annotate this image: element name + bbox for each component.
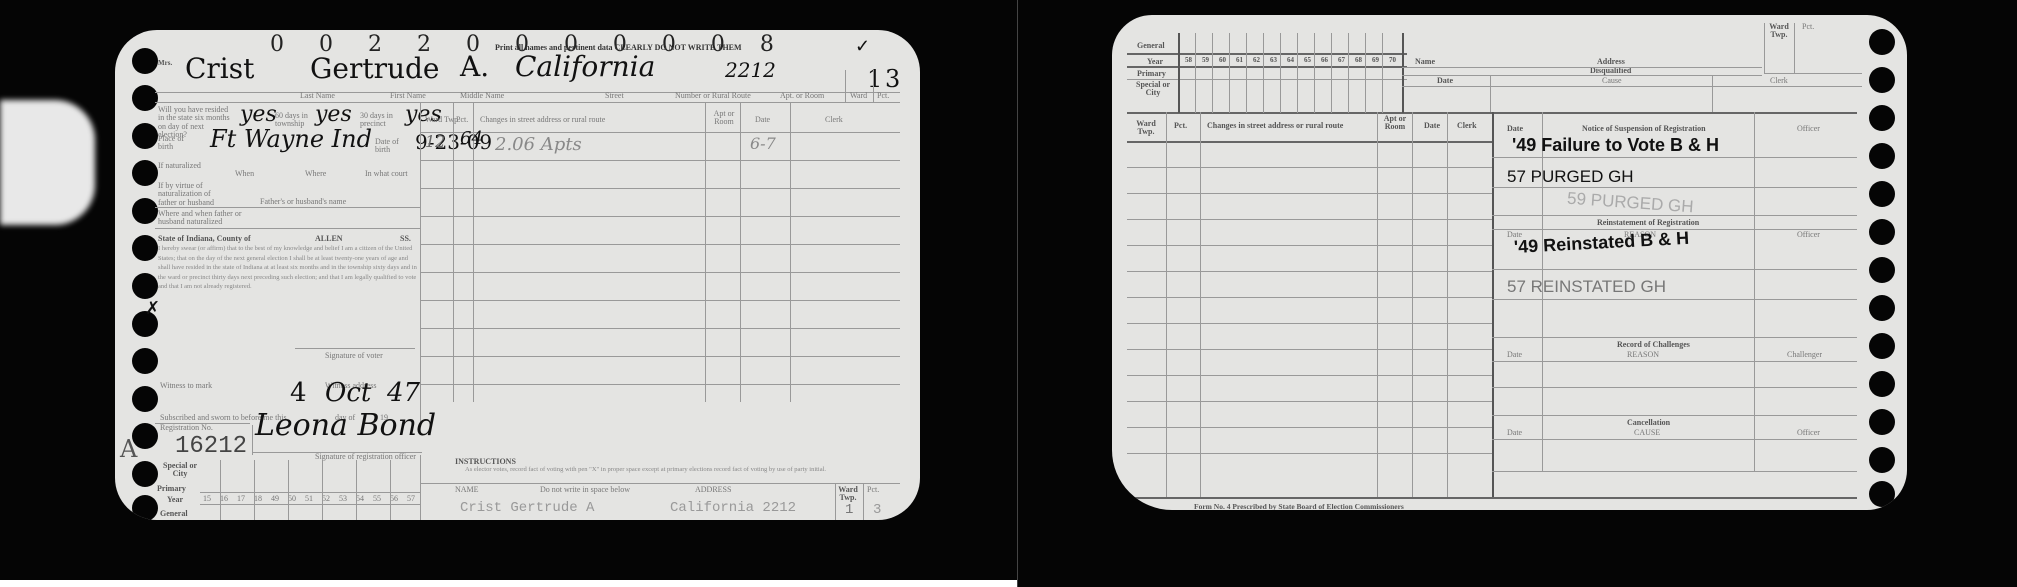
punch-hole — [132, 160, 158, 186]
series-letter: A — [120, 435, 137, 463]
clerk-col-label: Clerk — [1457, 122, 1477, 130]
year-cell: 52 — [322, 495, 339, 503]
cancellation-officer-label: Officer — [1797, 429, 1820, 437]
father-husband-label: If by virtue of naturalization of father… — [158, 182, 228, 207]
rule — [790, 102, 791, 402]
verified-check-mark: ✓ — [855, 36, 870, 57]
rule — [420, 132, 900, 133]
rule — [200, 492, 420, 493]
naturalized-label: If naturalized — [158, 162, 201, 170]
address-col-label: ADDRESS — [695, 486, 731, 494]
year-cell: 56 — [390, 495, 407, 503]
pct-label: Pct. — [877, 92, 889, 100]
disq-date-label: Date — [1437, 77, 1453, 85]
rule — [1492, 215, 1857, 216]
punch-hole — [1869, 409, 1895, 435]
rule — [1127, 375, 1492, 376]
general-label: General — [160, 510, 188, 518]
typed-ward: 1 — [845, 502, 853, 518]
voter-mark: ✗ — [145, 298, 160, 319]
rule — [420, 216, 900, 217]
change-address-value: 2.06 Apts — [495, 134, 582, 155]
rule — [1377, 112, 1378, 497]
place-of-birth-label: Place of birth — [158, 135, 193, 152]
challenges-date-label: Date — [1507, 351, 1522, 359]
date-col-label: Date — [1424, 122, 1440, 130]
name-col-label: NAME — [455, 486, 479, 494]
apt-room-label: Apt. or Room — [780, 92, 824, 100]
last-name-value: Crist — [185, 52, 254, 85]
pct-change-value: 64 — [460, 128, 483, 149]
rule — [863, 483, 864, 520]
rule — [1492, 269, 1857, 270]
rule — [1492, 361, 1857, 362]
year-cell: 15 — [203, 495, 220, 503]
rule — [420, 272, 900, 273]
punch-hole — [132, 85, 158, 111]
sworn-day-value: 4 — [290, 378, 307, 408]
rule — [1402, 75, 1762, 76]
when-label: When — [235, 170, 254, 178]
punch-hole — [132, 348, 158, 374]
cancellation-cause-label: CAUSE — [1634, 429, 1660, 437]
reinstatement-entry-1: '49 Reinstated B & H — [1513, 228, 1689, 258]
rule — [288, 460, 289, 520]
cancellation-title: Cancellation — [1627, 419, 1670, 427]
special-city-label: Special or City — [160, 462, 200, 479]
rule — [1492, 187, 1857, 188]
rule — [356, 460, 357, 520]
rule — [252, 425, 253, 455]
year-cell: 49 — [271, 495, 288, 503]
do-not-write-label: Do not write in space below — [540, 486, 630, 494]
rule — [155, 207, 420, 208]
typed-name: Crist Gertrude A — [460, 500, 594, 516]
punch-hole — [132, 123, 158, 149]
ward-twp-label: Ward Twp. — [425, 116, 460, 124]
rule — [1127, 193, 1492, 194]
days-township-value: yes — [315, 102, 352, 127]
disq-clerk-label: Clerk — [1770, 77, 1788, 85]
rule — [1127, 167, 1492, 168]
disq-ward-twp-label: Ward Twp. — [1768, 23, 1790, 40]
punch-hole — [1869, 143, 1895, 169]
rule — [220, 460, 221, 520]
year-cell: 51 — [305, 495, 322, 503]
rule — [1127, 401, 1492, 402]
rule — [1212, 33, 1213, 113]
year-cell: 57 — [407, 495, 424, 503]
ward-label: Ward — [850, 92, 867, 100]
rule — [1229, 33, 1230, 113]
sworn-month-value: Oct — [325, 378, 371, 408]
clerk-col-label: Clerk — [825, 116, 843, 124]
year-cell: 54 — [356, 495, 373, 503]
ss-label: SS. — [400, 235, 411, 243]
father-husband-name-label: Father's or husband's name — [260, 198, 346, 206]
rule — [845, 70, 846, 102]
rule — [295, 348, 415, 349]
rule — [1331, 33, 1332, 113]
apt-room-col-label: Apt or Room — [1380, 115, 1410, 132]
rule — [1492, 471, 1857, 472]
year-cell: 50 — [288, 495, 305, 503]
state-county-label: State of Indiana, County of — [158, 235, 251, 243]
rule — [1492, 415, 1857, 416]
year-cell: 17 — [237, 495, 254, 503]
rule — [1127, 323, 1492, 324]
county-value: ALLEN — [315, 235, 343, 243]
registration-card-back: General Year Primary Special or City 58 … — [1112, 15, 1907, 510]
punch-hole — [1869, 295, 1895, 321]
registration-card-front: 0 0 2 2 0 0 0 0 0 0 8 Print all names an… — [115, 30, 920, 520]
rule — [1492, 439, 1857, 440]
rule — [835, 483, 836, 520]
rule — [1127, 297, 1492, 298]
ward-twp-col-label: Ward Twp. — [837, 486, 859, 503]
rule — [1246, 33, 1247, 113]
rule — [1492, 387, 1857, 388]
punch-hole — [1869, 67, 1895, 93]
rule — [1127, 453, 1492, 454]
ward-value: 1 — [867, 65, 882, 93]
cancellation-date-label: Date — [1507, 429, 1522, 437]
title-prefix: Mrs. — [158, 60, 172, 67]
rule — [1348, 33, 1349, 113]
punch-hole — [1869, 257, 1895, 283]
rule — [420, 455, 421, 520]
punch-hole — [132, 48, 158, 74]
rule — [420, 483, 900, 484]
rule — [1365, 33, 1366, 113]
rule — [420, 300, 900, 301]
number-label: Number or Rural Route — [675, 92, 751, 100]
last-name-label: Last Name — [300, 92, 335, 100]
changes-col-label: Changes in street address or rural route — [1207, 122, 1343, 130]
witness-mark-label: Witness to mark — [160, 382, 212, 390]
pct-value: 3 — [885, 65, 900, 93]
where-when-father-label: Where and when father or husband natural… — [158, 210, 258, 227]
rule — [420, 384, 900, 385]
rule — [740, 102, 741, 402]
rule — [254, 460, 255, 520]
primary-label: Primary — [157, 485, 186, 493]
reinstatement-title: Reinstatement of Registration — [1597, 219, 1699, 227]
punch-hole — [1869, 371, 1895, 397]
rule — [1127, 427, 1492, 428]
punch-hole — [1869, 447, 1895, 473]
suspension-date-label: Date — [1507, 125, 1523, 133]
rule — [1412, 112, 1413, 497]
punch-hole — [1869, 219, 1895, 245]
rule — [873, 70, 874, 102]
rule — [420, 102, 421, 422]
reinstatement-officer-label: Officer — [1797, 231, 1820, 239]
rule — [1127, 497, 1857, 499]
place-of-birth-value: Ft Wayne Ind — [210, 125, 372, 153]
registration-number: 16212 — [175, 433, 247, 460]
disq-pct-label: Pct. — [1802, 23, 1814, 31]
punch-hole — [132, 495, 158, 520]
rule — [322, 460, 323, 520]
street-value: California — [515, 50, 655, 83]
rule — [1178, 33, 1180, 113]
disq-cause-label: Cause — [1602, 77, 1622, 85]
year-label: Year — [167, 496, 183, 504]
rule — [200, 504, 420, 505]
rule — [1764, 23, 1765, 73]
typed-address: California 2212 — [670, 500, 796, 516]
year-cell: 16 — [220, 495, 237, 503]
rule — [1764, 73, 1862, 74]
rule — [1402, 67, 1762, 68]
date-of-birth-label: Date of birth — [375, 138, 410, 155]
punch-hole — [1869, 105, 1895, 131]
year-cell: 18 — [254, 495, 271, 503]
rule — [705, 102, 706, 402]
rule — [1200, 112, 1201, 497]
pct-col-label: Pct. — [456, 116, 468, 124]
year-cell: 55 — [373, 495, 390, 503]
frame-divider — [1017, 0, 1018, 587]
rule — [1402, 33, 1404, 113]
registration-no-label: Registration No. — [160, 424, 213, 432]
rule — [453, 102, 454, 402]
rule — [1490, 75, 1491, 112]
punch-hole — [1869, 481, 1895, 507]
resided-state-value: yes — [240, 102, 277, 127]
rule — [420, 328, 900, 329]
ward-twp-col-label: Ward Twp. — [1132, 120, 1160, 137]
rule — [1492, 337, 1857, 338]
primary-label: Primary — [1137, 70, 1166, 78]
rule — [1382, 33, 1383, 113]
date-col-label: Date — [755, 116, 770, 124]
year-cell: 70 — [1384, 57, 1401, 64]
apt-room-col-label: Apt or Room — [710, 110, 738, 127]
disq-name-label: Name — [1415, 58, 1435, 66]
punch-hole — [1869, 29, 1895, 55]
year-cell: 53 — [339, 495, 356, 503]
ward-change-value: 12 — [425, 132, 445, 151]
sworn-year-value: 47 — [387, 378, 420, 408]
rule — [1166, 112, 1167, 497]
changes-street-label: Changes in street address or rural route — [480, 116, 605, 124]
scan-edge — [0, 580, 1017, 587]
rule — [420, 160, 900, 161]
officer-signature: Leona Bond — [255, 408, 436, 443]
suspension-entry-3: 59 PURGED GH — [1566, 189, 1694, 218]
punch-hole — [132, 461, 158, 487]
voting-years-row: 58 59 60 61 62 63 64 65 66 67 68 69 70 — [1180, 57, 1401, 64]
rule — [1492, 157, 1857, 158]
challenges-title: Record of Challenges — [1617, 341, 1690, 349]
rule — [1280, 33, 1281, 113]
special-city-label: Special or City — [1134, 81, 1172, 98]
rule — [1127, 271, 1492, 272]
pct-col-label: Pct. — [867, 486, 879, 494]
rule — [1447, 112, 1448, 497]
middle-name-value: A. — [460, 50, 489, 83]
where-label: Where — [305, 170, 326, 178]
change-date-value: 6-7 — [750, 134, 776, 153]
punch-hole — [132, 273, 158, 299]
rule — [1492, 299, 1857, 300]
officer-signature-label: Signature of registration officer — [315, 453, 416, 461]
rule — [390, 460, 391, 520]
instructions-text: As elector votes, record fact of voting … — [465, 466, 860, 474]
rule — [1712, 75, 1713, 112]
rule — [1402, 86, 1862, 87]
rule — [420, 188, 900, 189]
suspension-entry-2: 57 PURGED GH — [1507, 167, 1634, 187]
punch-hole — [132, 386, 158, 412]
reinstatement-entry-2: 57 REINSTATED GH — [1507, 277, 1666, 297]
rule — [1794, 23, 1795, 73]
middle-name-label: Middle Name — [460, 92, 504, 100]
scan-glare — [0, 100, 95, 225]
form-footer: Form No. 4 Prescribed by State Board of … — [1194, 503, 1404, 510]
suspension-entry-1: '49 Failure to Vote B & H — [1512, 135, 1719, 156]
rule — [1127, 349, 1492, 350]
rule — [1195, 33, 1196, 113]
rule — [1297, 33, 1298, 113]
typed-pct: 3 — [873, 502, 881, 518]
challenges-reason-label: REASON — [1627, 351, 1659, 359]
number-value: 2212 — [725, 58, 776, 82]
punch-hole — [1869, 333, 1895, 359]
in-what-court-label: In what court — [365, 170, 408, 178]
rule — [420, 244, 900, 245]
rule — [1127, 141, 1492, 143]
punch-hole — [132, 198, 158, 224]
voter-signature-label: Signature of voter — [325, 352, 383, 360]
oath-text: I hereby swear (or affirm) that to the b… — [158, 244, 418, 292]
challenger-label: Challenger — [1787, 351, 1822, 359]
rule — [1754, 112, 1755, 472]
first-name-value: Gertrude — [310, 52, 440, 85]
rule — [1127, 245, 1492, 246]
rule — [1314, 33, 1315, 113]
general-label: General — [1137, 42, 1165, 50]
punch-hole — [132, 235, 158, 261]
pct-col-label: Pct. — [1174, 122, 1187, 130]
street-label: Street — [605, 92, 624, 100]
first-name-label: First Name — [390, 92, 426, 100]
punch-hole — [1869, 181, 1895, 207]
suspension-title: Notice of Suspension of Registration — [1582, 125, 1706, 133]
rule — [155, 228, 420, 229]
rule — [1127, 219, 1492, 220]
rule — [1263, 33, 1264, 113]
rule — [420, 356, 900, 357]
suspension-officer-label: Officer — [1797, 125, 1820, 133]
